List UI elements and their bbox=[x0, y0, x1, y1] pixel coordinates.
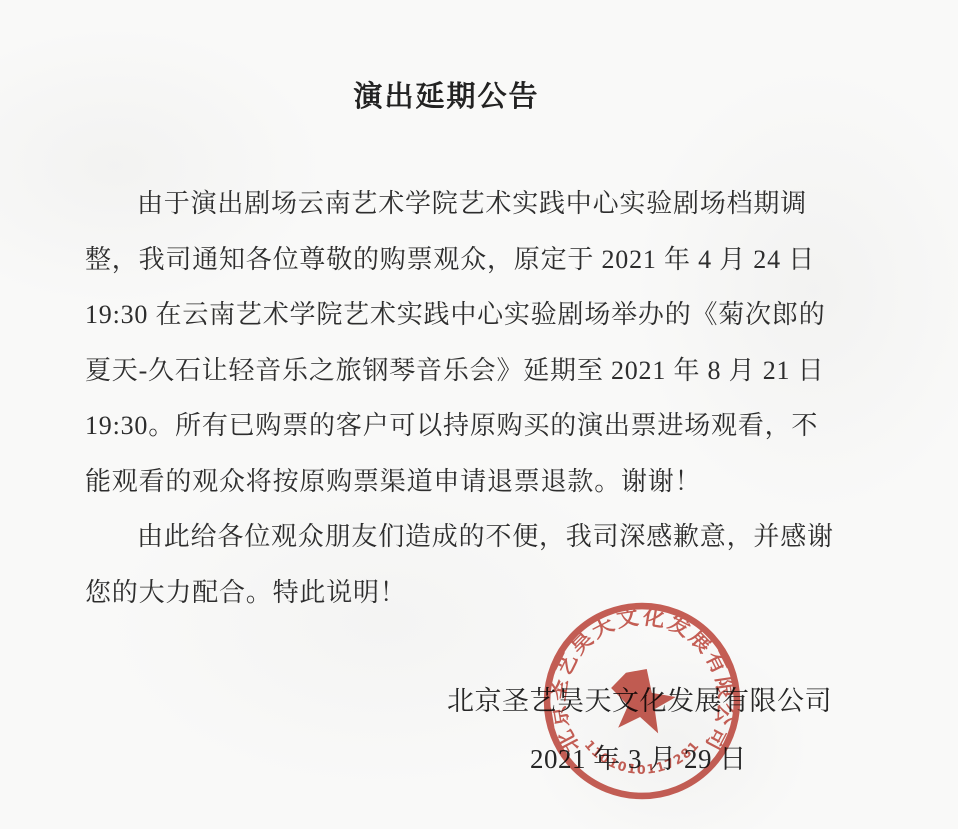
body-line: 由此给各位观众朋友们造成的不便，我司深感歉意，并感谢 bbox=[85, 509, 888, 565]
body-line: 能观看的观众将按原购票渠道申请退票退款。谢谢！ bbox=[85, 454, 888, 510]
seal-serial-number: 1101010117281 bbox=[582, 737, 703, 777]
body-line: 19:30 在云南艺术学院艺术实践中心实验剧场举办的《菊次郎的 bbox=[85, 287, 888, 343]
document-body: 由于演出剧场云南艺术学院艺术实践中心实验剧场档期调 整，我司通知各位尊敬的购票观… bbox=[85, 176, 888, 620]
svg-text:1101010117281: 1101010117281 bbox=[582, 737, 703, 777]
body-line: 整，我司通知各位尊敬的购票观众，原定于 2021 年 4 月 24 日 bbox=[85, 232, 888, 288]
seal-graphic: 北京圣艺昊天文化发展有限公司 1101010117281 bbox=[541, 600, 743, 802]
body-line: 19:30。所有已购票的客户可以持原购买的演出票进场观看，不 bbox=[85, 398, 888, 454]
company-seal-stamp: 北京圣艺昊天文化发展有限公司 1101010117281 bbox=[541, 600, 743, 802]
scanned-document-page: 演出延期公告 由于演出剧场云南艺术学院艺术实践中心实验剧场档期调 整，我司通知各… bbox=[0, 0, 958, 829]
body-line: 您的大力配合。特此说明！ bbox=[85, 565, 888, 621]
body-line: 由于演出剧场云南艺术学院艺术实践中心实验剧场档期调 bbox=[85, 176, 888, 232]
seal-star-icon bbox=[611, 669, 676, 733]
document-title: 演出延期公告 bbox=[0, 74, 893, 115]
body-line: 夏天-久石让轻音乐之旅钢琴音乐会》延期至 2021 年 8 月 21 日 bbox=[85, 343, 888, 399]
